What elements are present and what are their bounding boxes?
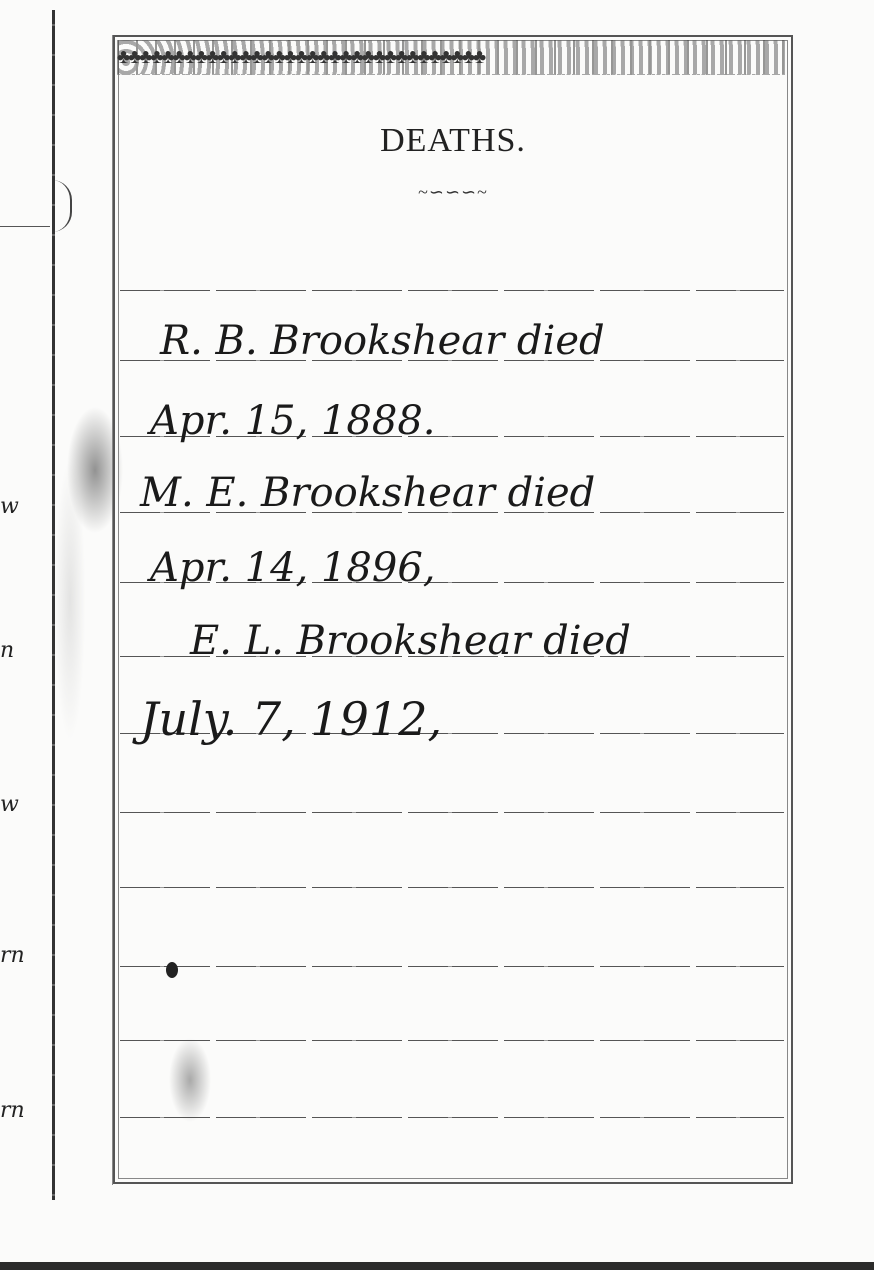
facing-page-bracket — [52, 180, 72, 232]
facing-page-fragment: n — [0, 638, 14, 663]
facing-page-fragment: w — [0, 494, 19, 519]
death-entry-name: M. E. Brookshear died — [140, 470, 595, 516]
ruled-line — [120, 887, 784, 888]
death-entry-date: Apr. 15, 1888. — [150, 398, 436, 444]
death-entry-date: Apr. 14, 1896, — [150, 545, 436, 591]
title-flourish: ~∽∽∽~ — [113, 182, 793, 203]
death-entry-name: E. L. Brookshear died — [190, 618, 631, 664]
facing-page-rule — [0, 226, 50, 227]
scan-bottom-edge — [0, 1262, 874, 1270]
facing-page-fragment: w — [0, 792, 19, 817]
ruled-line — [120, 812, 784, 813]
ink-blot — [166, 962, 178, 978]
ruled-line — [120, 1117, 784, 1118]
ruled-line — [120, 1040, 784, 1041]
ruled-line — [120, 966, 784, 967]
ornamental-leaf-border: ♣♣♣♣♣♣♣♣♣♣♣♣♣♣♣♣♣♣♣♣♣♣♣♣♣♣♣♣♣♣♣♣♣ — [117, 44, 785, 70]
page-title: DEATHS. — [113, 122, 793, 160]
death-entry-name: R. B. Brookshear died — [160, 318, 605, 364]
ruled-line — [120, 290, 784, 291]
facing-page-fragment: rn — [0, 943, 25, 968]
page-border — [113, 35, 793, 1184]
death-entry-date: July. 7, 1912, — [140, 692, 442, 746]
facing-page-fragment: rn — [0, 1098, 25, 1123]
